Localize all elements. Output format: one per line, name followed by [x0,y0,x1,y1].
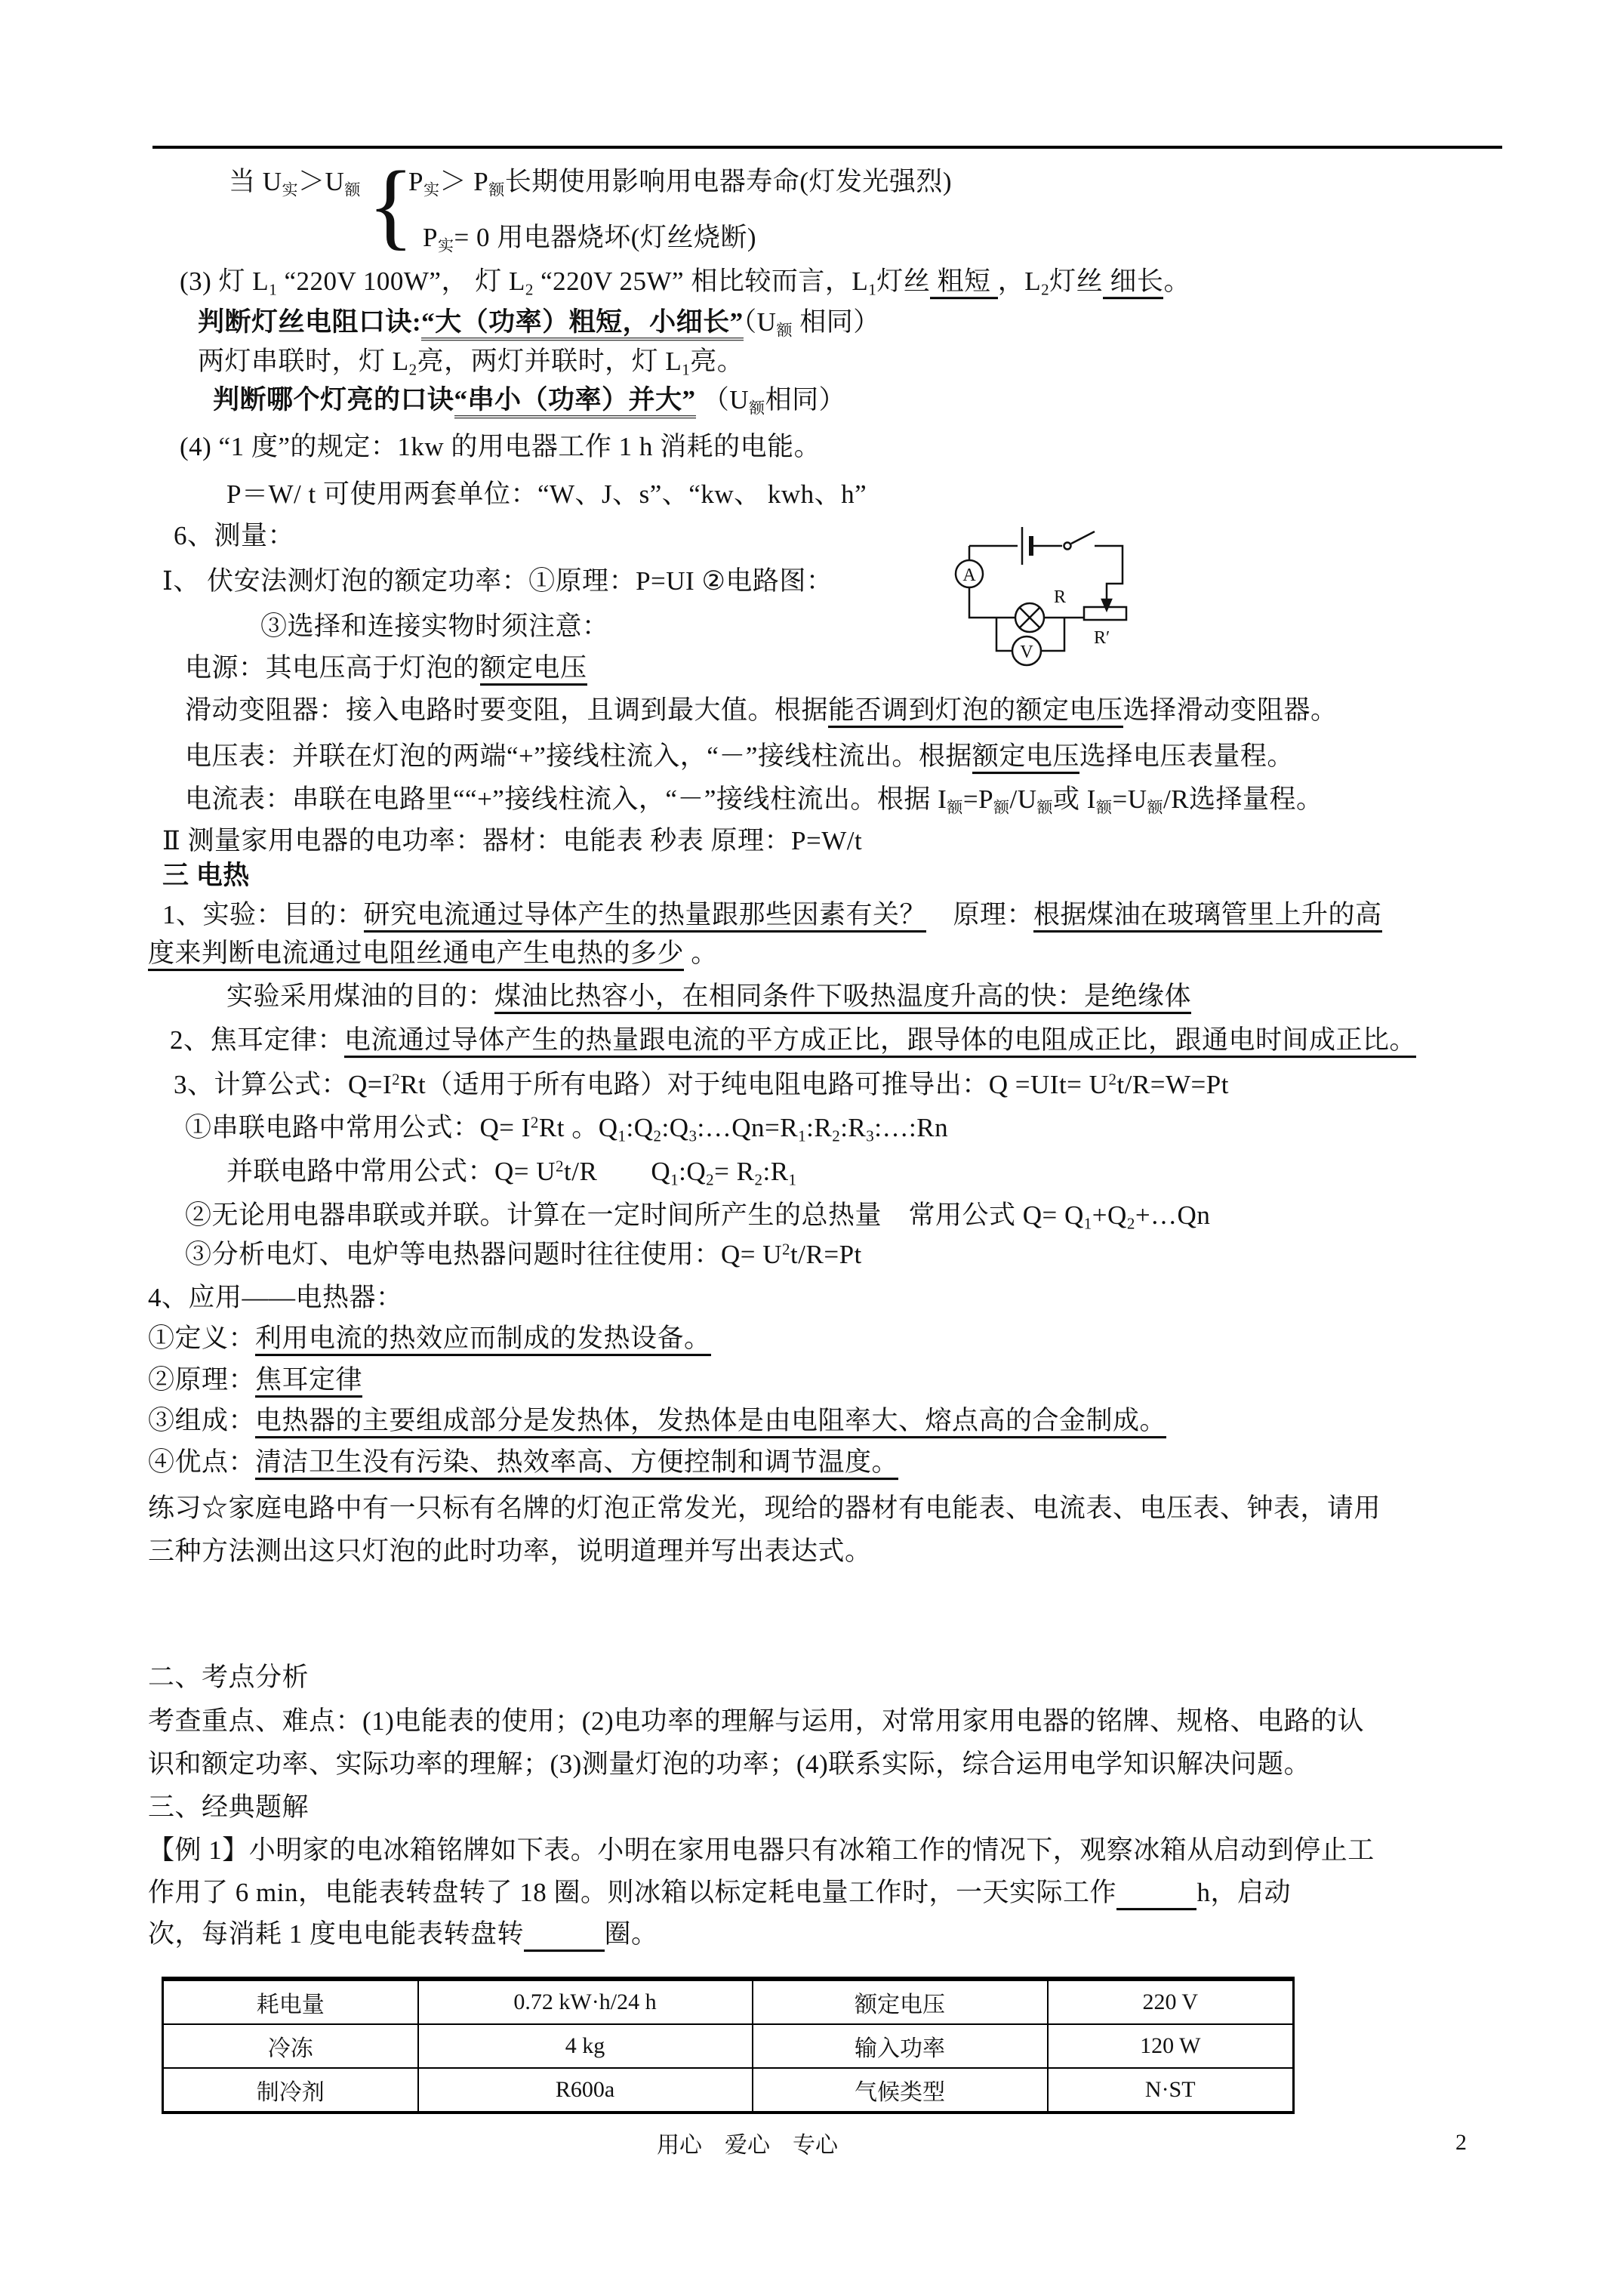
text-line: 判断灯丝电阻口诀:“大（功率）粗短，小细长”（U额 相同） [198,306,880,341]
text-segment: { [368,152,414,259]
text-segment: 能否调到灯泡的额定电压 [828,695,1123,728]
text-segment: 三、经典题解 [148,1792,309,1822]
text-segment: 选择电压表量程。 [1079,741,1294,771]
text-line: 电流表：串联在电路里““+”接线柱流入，“－”接线柱流出。根据 I额=P额/U额… [185,783,1323,818]
text-segment: ＞U [298,167,344,196]
table-cell: 0.72 kW·h/24 h [418,1979,753,2024]
text-segment: 2 [706,1171,714,1189]
text-line: 4、应用——电热器： [148,1281,403,1314]
table-cell: 冷冻 [163,2024,418,2068]
table-cell: 4 kg [418,2024,753,2068]
text-segment: :R [806,1113,832,1142]
text-segment: h，启动 [1196,1878,1291,1907]
text-segment: 亮，两灯并联时，灯 L [417,347,682,376]
text-segment: 研究电流通过导体产生的热量跟那些因素有关？ [364,900,927,932]
text-segment: t/R Q [564,1157,670,1186]
text-segment: 灯丝 [1049,267,1103,296]
table-row: 冷冻4 kg输入功率120 W [163,2024,1294,2068]
text-segment: ③分析电灯、电炉等电热器问题时往往使用：Q= U [185,1240,782,1269]
text-segment: 2 [1041,281,1049,299]
text-segment: 2 [654,1127,662,1145]
text-segment: 实验采用煤油的目的： [226,982,494,1011]
text-segment: 额定电压 [972,741,1079,774]
text-segment: 。 [684,938,718,968]
text-segment: “大（功率）粗短，小细长” [421,307,744,341]
text-segment: 1 [789,1171,797,1189]
text-segment: 长期使用影响用电器寿命(灯发光强烈) [505,167,952,196]
text-segment: 或 I [1053,784,1096,814]
text-segment: 额 [1096,799,1113,817]
text-segment: 3 [866,1127,874,1145]
switch-pivot [1064,543,1071,550]
text-segment: :Q [662,1113,689,1142]
text-segment: 额 [488,181,505,199]
text-line: (3) 灯 L1 “220V 100W”， 灯 L2 “220V 25W” 相比… [180,265,1190,300]
text-segment: 2 [754,1171,762,1189]
text-segment: +Q [1092,1200,1127,1230]
table-cell: 额定电压 [753,1979,1048,2024]
text-segment: 2 [409,361,417,379]
text-segment: 1 [798,1127,806,1145]
text-segment: :…:Rn [874,1113,948,1142]
text-segment: 三 电热 [162,861,250,890]
text-segment: 原理： [926,900,1033,929]
text-segment: 2 [531,1114,539,1132]
text-segment: 粗短 [930,267,998,299]
text-line: P＝W/ t 可使用两套单位：“W、J、s”、“kw、 kwh、h” [226,478,867,511]
rheostat-body [1084,607,1126,620]
text-segment: :R [840,1113,866,1142]
text-line: 两灯串联时，灯 L2亮，两灯并联时，灯 L1亮。 [198,345,744,380]
text-segment: 灯丝 [876,267,930,296]
text-segment: ②无论用电器串联或并联。计算在一定时间所产生的总热量 常用公式 Q= Q [185,1200,1084,1230]
text-line: ①定义：利用电流的热效应而制成的发热设备。 [148,1322,711,1355]
text-segment: 1 [682,361,690,379]
text-segment: = R [714,1157,754,1186]
text-line: 三 电热 [162,859,250,892]
text-line: 电源：其电压高于灯泡的额定电压 [185,652,587,685]
text-segment: （U [696,385,750,415]
text-segment: ④优点： [148,1447,255,1477]
text-line: 2、焦耳定律：电流通过导体产生的热量跟电流的平方成正比，跟导体的电阻成正比，跟通… [170,1024,1416,1057]
page-footer: 用心 爱心 专心 [657,2126,838,2159]
text-segment: 实 [438,237,454,255]
text-segment: = 0 用电器烧坏(灯丝烧断) [454,223,756,252]
text-segment: 1 [1084,1215,1092,1233]
text-segment: 焦耳定律 [255,1365,362,1398]
text-segment: 额 [749,399,765,418]
text-segment: 作用了 6 min，电能表转盘转了 18 圈。则冰箱以标定耗电量工作时，一天实际… [148,1878,1116,1907]
text-segment: 1 [868,281,876,299]
text-segment: “串小（功率）并大” [454,385,696,418]
text-segment: ①定义： [148,1324,255,1353]
text-line: ④优点：清洁卫生没有污染、热效率高、方便控制和调节温度。 [148,1446,898,1479]
text-segment: ＞ P [439,167,488,196]
text-segment: 并联电路中常用公式：Q= U [226,1157,556,1186]
text-segment: Ⅰ、 伏安法测灯泡的额定功率：①原理：P=UI ②电路图： [162,566,833,596]
text-segment: 实 [423,181,440,199]
text-segment: +…Qn [1135,1200,1211,1230]
text-line: P实＞ P额长期使用影响用电器寿命(灯发光强烈) [408,165,952,200]
text-segment: 1 [269,281,277,299]
text-segment: ，L [998,267,1041,296]
text-line: 电压表：并联在灯泡的两端“+”接线柱流入，“－”接线柱流出。根据额定电压选择电压… [185,740,1294,773]
text-segment: “220V 25W” 相比较而言，L [534,267,868,296]
text-segment: 2 [392,1071,400,1089]
text-segment: ①串联电路中常用公式：Q= I [185,1113,531,1142]
text-line: 实验采用煤油的目的：煤油比热容小，在相同条件下吸热温度升高的快：是绝缘体 [226,980,1191,1013]
text-segment: 6、测量： [174,521,294,550]
text-segment: 2 [832,1127,840,1145]
text-segment: 练习☆家庭电路中有一只标有名牌的灯泡正常发光，现给的器材有电能表、电流表、电压表… [148,1493,1381,1523]
text-segment: 当 U [229,167,282,196]
text-segment: 。 [1163,267,1190,296]
text-segment: :Q [679,1157,706,1186]
text-segment: =P [963,784,993,814]
text-segment: 2、焦耳定律： [170,1025,344,1055]
text-segment: 电流通过导体产生的热量跟电流的平方成正比，跟导体的电阻成正比，跟通电时间成正比。 [344,1025,1416,1058]
text-line: 考查重点、难点：(1)电能表的使用；(2)电功率的理解与运用，对常用家用电器的铭… [148,1705,1364,1738]
rheostat-label: R′ [1094,628,1110,648]
text-segment: 二、考点分析 [148,1663,309,1692]
text-segment: 选择滑动变阻器。 [1123,695,1338,725]
text-segment: Rt（适用于所有电路）对于纯电阻电路可推导出：Q =UIt= U [400,1070,1108,1099]
text-segment: 额 [1147,799,1163,817]
page-number: 2 [1455,2130,1467,2156]
document-page: { "page": { "footer": "用心 爱心 专心", "page_… [0,0,1623,2296]
text-segment: 额定电压 [480,653,587,686]
text-segment: 根据煤油在玻璃管里上升的高 [1033,900,1382,932]
lamp-label: R [1054,587,1066,607]
text-segment: 电热器的主要组成部分是发热体，发热体是由电阻率大、熔点高的合金制成。 [255,1406,1166,1438]
voltmeter-label: V [1020,643,1033,662]
text-line: 【例 1】小明家的电冰箱铭牌如下表。小明在家用电器只有冰箱工作的情况下，观察冰箱… [148,1834,1375,1867]
text-segment: 考查重点、难点：(1)电能表的使用；(2)电功率的理解与运用，对常用家用电器的铭… [148,1706,1364,1736]
text-segment: 滑动变阻器：接入电路时要变阻，且调到最大值。根据 [185,695,828,725]
text-line: ②原理：焦耳定律 [148,1364,362,1397]
rheostat-arrow [1102,599,1111,610]
text-segment: 2 [1127,1215,1135,1233]
text-segment: t/R=W=Pt [1116,1070,1229,1099]
text-segment: 相同） [765,385,846,415]
text-segment: （U [744,307,777,337]
table-cell: 220 V [1048,1979,1294,2024]
text-segment: 额 [1037,799,1054,817]
text-segment: ②原理： [148,1365,255,1395]
text-line: P实= 0 用电器烧坏(灯丝烧断) [423,221,756,256]
text-segment: 清洁卫生没有污染、热效率高、方便控制和调节温度。 [255,1447,898,1480]
text-segment: P＝W/ t 可使用两套单位：“W、J、s”、“kw、 kwh、h” [226,479,867,509]
text-line: 作用了 6 min，电能表转盘转了 18 圈。则冰箱以标定耗电量工作时，一天实际… [148,1876,1291,1909]
table-cell: 输入功率 [753,2024,1048,2068]
text-segment: 1、实验：目的： [162,900,364,929]
text-segment: 两灯串联时，灯 L [198,347,409,376]
text-segment: 额 [993,799,1010,817]
text-segment: t/R=Pt [790,1240,862,1269]
text-segment: 电流表：串联在电路里““+”接线柱流入，“－”接线柱流出。根据 I [185,784,947,814]
text-line: 次，每消耗 1 度电电能表转盘转 圈。 [148,1918,658,1951]
text-segment [1116,1878,1197,1910]
text-segment: 4、应用——电热器： [148,1283,403,1312]
text-segment: :…Qn=R [698,1113,799,1142]
text-segment: 1 [618,1127,627,1145]
text-line: 1、实验：目的：研究电流通过导体产生的热量跟那些因素有关？ 原理：根据煤油在玻璃… [162,898,1382,932]
text-segment: 三种方法测出这只灯泡的此时功率，说明道理并写出表达式。 [148,1536,872,1566]
text-line: ③分析电灯、电炉等电热器问题时往往使用：Q= U2t/R=Pt [185,1238,862,1271]
text-line: ③选择和连接实物时须注意： [260,610,609,643]
switch-blade [1071,532,1095,544]
table-row: 耗电量0.72 kW·h/24 h额定电压220 V [163,1979,1294,2024]
text-segment: Rt 。Q [539,1113,618,1142]
text-segment: 煤油比热容小，在相同条件下吸热温度升高的快：是绝缘体 [494,982,1191,1014]
text-line: 6、测量： [174,519,294,553]
text-segment: P [408,167,423,196]
text-segment: :Q [627,1113,654,1142]
text-line: 识和额定功率、实际功率的理解；(3)测量灯泡的功率；(4)联系实际，综合运用电学… [148,1748,1310,1781]
text-line: 当 U实＞U额 [229,165,361,200]
text-segment: 额 [947,799,963,817]
text-segment: =U [1112,784,1147,814]
text-segment: 3、计算公式：Q=I [174,1070,392,1099]
table-cell: 气候类型 [753,2068,1048,2113]
table-cell: 耗电量 [163,1979,418,2024]
nameplate-table: 耗电量0.72 kW·h/24 h额定电压220 V冷冻4 kg输入功率120 … [162,1977,1295,2114]
text-segment: 电压表：并联在灯泡的两端“+”接线柱流入，“－”接线柱流出。根据 [185,741,972,771]
text-line: 判断哪个灯亮的口诀“串小（功率）并大” （U额相同） [213,384,845,418]
table-row: 制冷剂R600a气候类型N·ST [163,2068,1294,2113]
text-segment: 圈。 [605,1919,658,1949]
text-segment: 识和额定功率、实际功率的理解；(3)测量灯泡的功率；(4)联系实际，综合运用电学… [148,1749,1310,1779]
text-segment: ③组成： [148,1406,255,1435]
text-segment: 2 [1108,1071,1116,1089]
text-segment: 判断哪个灯亮的口诀 [213,385,454,415]
text-segment: /U [1010,784,1037,814]
text-segment: 判断灯丝电阻口诀: [198,307,421,337]
text-segment: 利用电流的热效应而制成的发热设备。 [255,1324,711,1356]
text-segment: 相同） [793,307,880,337]
text-segment: (4) “1 度”的规定：1kw 的用电器工作 1 h 消耗的电能。 [180,432,821,461]
text-segment: 【例 1】小明家的电冰箱铭牌如下表。小明在家用电器只有冰箱工作的情况下，观察冰箱… [148,1835,1375,1865]
text-line: Ⅱ 测量家用电器的电功率：器材：电能表 秒表 原理：P=W/t [162,824,862,858]
text-segment: 度来判断电流通过电阻丝通电产生电热的多少 [148,938,684,971]
text-segment: 2 [525,281,534,299]
text-line: ①串联电路中常用公式：Q= I2Rt 。Q1:Q2:Q3:…Qn=R1:R2:R… [185,1111,948,1146]
table-cell: N·ST [1048,2068,1294,2113]
text-line: 练习☆家庭电路中有一只标有名牌的灯泡正常发光，现给的器材有电能表、电流表、电压表… [148,1492,1381,1525]
text-segment: 2 [782,1240,790,1259]
text-line: ③组成：电热器的主要组成部分是发热体，发热体是由电阻率大、熔点高的合金制成。 [148,1404,1166,1438]
text-line: 二、考点分析 [148,1661,309,1694]
text-line: 滑动变阻器：接入电路时要变阻，且调到最大值。根据能否调到灯泡的额定电压选择滑动变… [185,694,1338,727]
text-segment: 3 [689,1127,698,1145]
text-segment: 额 [344,181,361,199]
text-segment: 亮。 [690,347,744,376]
ammeter-label: A [962,566,976,585]
text-segment: 额 [776,322,793,340]
text-line: { [368,157,414,254]
text-line: ②无论用电器串联或并联。计算在一定时间所产生的总热量 常用公式 Q= Q1+Q2… [185,1199,1210,1234]
text-line: 3、计算公式：Q=I2Rt（适用于所有电路）对于纯电阻电路可推导出：Q =UIt… [174,1068,1229,1102]
header-rule [152,146,1502,149]
text-segment: /R选择量程。 [1163,784,1323,814]
table-cell: 制冷剂 [163,2068,418,2113]
text-segment: 电源：其电压高于灯泡的 [185,653,480,683]
text-segment: 次，每消耗 1 度电电能表转盘转 [148,1919,524,1949]
text-segment: “220V 100W”， 灯 L [277,267,525,296]
text-segment: ③选择和连接实物时须注意： [260,612,609,641]
circuit-diagram: A V R R′ [939,521,1135,676]
text-line: 度来判断电流通过电阻丝通电产生电热的多少 。 [148,937,718,970]
text-line: 三、经典题解 [148,1791,309,1824]
table-cell: 120 W [1048,2024,1294,2068]
text-line: Ⅰ、 伏安法测灯泡的额定功率：①原理：P=UI ②电路图： [162,565,833,598]
text-line: 三种方法测出这只灯泡的此时功率，说明道理并写出表达式。 [148,1535,872,1568]
text-segment: 2 [556,1157,564,1176]
text-segment: 细长 [1103,267,1163,299]
text-line: 并联电路中常用公式：Q= U2t/R Q1:Q2= R2:R1 [226,1155,797,1190]
text-segment: :R [762,1157,788,1186]
text-segment [524,1919,605,1952]
text-segment: P [423,223,438,252]
text-segment: (3) 灯 L [180,267,269,296]
text-segment: Ⅱ 测量家用电器的电功率：器材：电能表 秒表 原理：P=W/t [162,826,862,855]
table-cell: R600a [418,2068,753,2113]
text-segment: 1 [670,1171,679,1189]
text-line: (4) “1 度”的规定：1kw 的用电器工作 1 h 消耗的电能。 [180,430,821,464]
text-segment: 实 [282,181,299,199]
